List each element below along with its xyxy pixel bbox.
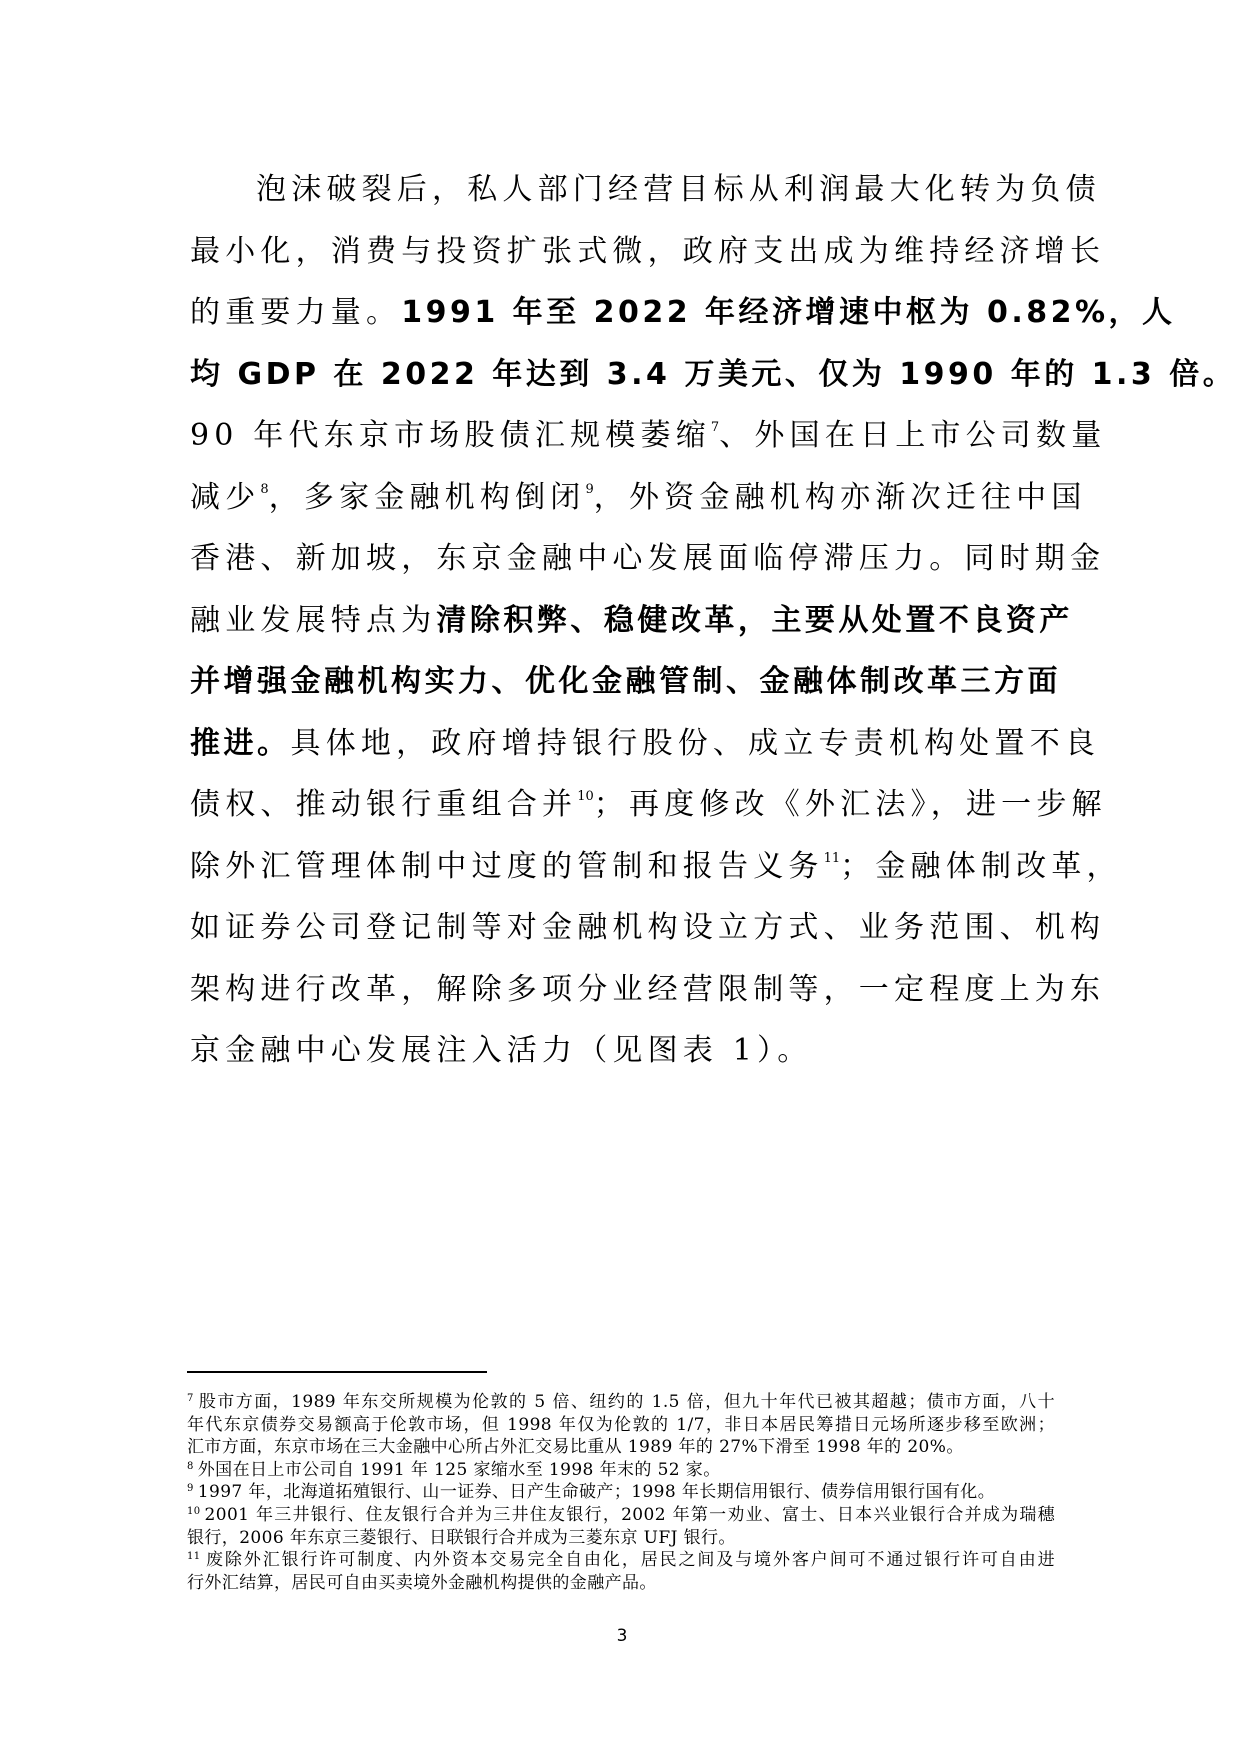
footnote-text: 外国在日上市公司自 1991 年 125 家缩水至 1998 年末的 52 家。 <box>198 1460 721 1480</box>
bold-text: 并增强金融机构实力、优化金融管制、金融体制改革三方面 <box>190 664 1061 699</box>
footnote-line: 102001 年三井银行、住友银行合并为三井住友银行，2002 年第一劝业、富士… <box>187 1504 1055 1527</box>
footnote-number: 10 <box>187 1506 201 1517</box>
text-run: ，多家金融机构倒闭 <box>269 480 586 515</box>
body-line: 的重要力量。1991 年至 2022 年经济增速中枢为 0.82%，人 <box>190 282 1052 344</box>
body-line: 泡沫破裂后，私人部门经营目标从利润最大化转为负债 <box>190 159 1052 221</box>
footnotes: 7股市方面，1989 年东交所规模为伦敦的 5 倍、纽约的 1.5 倍，但九十年… <box>187 1391 1055 1594</box>
footnote-line: 银行，2006 年东京三菱银行、日联银行合并成为三菱东京 UFJ 银行。 <box>187 1527 1055 1550</box>
body-line: 减少8，多家金融机构倒闭9，外资金融机构亦渐次迁往中国 <box>190 467 1052 529</box>
footnote-ref: 7 <box>711 420 719 435</box>
footnote-ref: 9 <box>586 482 594 497</box>
footnote-line: 11废除外汇银行许可制度、内外资本交易完全自由化，居民之间及与境外客户间可不通过… <box>187 1549 1055 1572</box>
footnote-number: 8 <box>187 1461 194 1472</box>
footnote-text: 行外汇结算，居民可自由买卖境外金融机构提供的金融产品。 <box>187 1573 657 1593</box>
footnote-line: 汇市方面，东京市场在三大金融中心所占外汇交易比重从 1989 年的 27%下滑至… <box>187 1436 1055 1459</box>
text-run: 香港、新加坡，东京金融中心发展面临停滞压力。同时期金 <box>190 541 1105 576</box>
footnote-separator <box>187 1371 487 1373</box>
body-line: 如证券公司登记制等对金融机构设立方式、业务范围、机构 <box>190 897 1052 959</box>
footnote-number: 9 <box>187 1483 194 1494</box>
body-line: 并增强金融机构实力、优化金融管制、金融体制改革三方面 <box>190 651 1052 713</box>
footnote-ref: 10 <box>577 789 594 804</box>
body-line: 除外汇管理体制中过度的管制和报告义务11；金融体制改革， <box>190 836 1052 898</box>
text-run: 如证券公司登记制等对金融机构设立方式、业务范围、机构 <box>190 910 1105 945</box>
text-run: ；再度修改《外汇法》，进一步解 <box>594 787 1107 822</box>
footnote-text: 2001 年三井银行、住友银行合并为三井住友银行，2002 年第一劝业、富士、日… <box>205 1505 1055 1525</box>
body-line: 债权、推动银行重组合并10；再度修改《外汇法》，进一步解 <box>190 774 1052 836</box>
bold-text: 1991 年至 2022 年经济增速中枢为 0.82%，人 <box>401 295 1175 330</box>
body-line: 京金融中心发展注入活力（见图表 1）。 <box>190 1020 1052 1082</box>
text-run: ，外资金融机构亦渐次迁往中国 <box>594 480 1087 515</box>
text-run: 融业发展特点为 <box>190 603 436 638</box>
footnote-text: 股市方面，1989 年东交所规模为伦敦的 5 倍、纽约的 1.5 倍，但九十年代… <box>198 1392 1055 1412</box>
footnote-text: 1997 年，北海道拓殖银行、山一证券、日产生命破产；1998 年长期信用银行、… <box>198 1482 995 1502</box>
text-run: 最小化，消费与投资扩张式微，政府支出成为维持经济增长 <box>190 234 1105 269</box>
text-run: 架构进行改革，解除多项分业经营限制等，一定程度上为东 <box>190 972 1105 1007</box>
page-number: 3 <box>612 1626 632 1646</box>
body-line: 香港、新加坡，东京金融中心发展面临停滞压力。同时期金 <box>190 528 1052 590</box>
footnote-ref: 11 <box>824 851 841 866</box>
text-run: 的重要力量。 <box>190 295 401 330</box>
bold-text: 清除积弊、稳健改革，主要从处置不良资产 <box>436 603 1073 638</box>
text-run: 减少 <box>190 480 260 515</box>
text-run: 泡沫破裂后，私人部门经营目标从利润最大化转为负债 <box>256 172 1101 207</box>
text-run: 除外汇管理体制中过度的管制和报告义务 <box>190 849 824 884</box>
body-line: 均 GDP 在 2022 年达到 3.4 万美元、仅为 1990 年的 1.3 … <box>190 344 1052 406</box>
footnote-text: 银行，2006 年东京三菱银行、日联银行合并成为三菱东京 UFJ 银行。 <box>187 1528 736 1548</box>
bold-text: 均 GDP 在 2022 年达到 3.4 万美元、仅为 1990 年的 1.3 … <box>190 357 1236 392</box>
text-run: 债权、推动银行重组合并 <box>190 787 577 822</box>
text-run: 具体地，政府增持银行股份、成立专责机构处置不良 <box>291 726 1101 761</box>
footnote-text: 废除外汇银行许可制度、内外资本交易完全自由化，居民之间及与境外客户间可不通过银行… <box>205 1550 1055 1570</box>
body-line: 架构进行改革，解除多项分业经营限制等，一定程度上为东 <box>190 959 1052 1021</box>
text-run: 、外国在日上市公司数量 <box>719 418 1106 453</box>
body-line: 最小化，消费与投资扩张式微，政府支出成为维持经济增长 <box>190 221 1052 283</box>
footnote-number: 11 <box>187 1551 201 1562</box>
text-run: ；金融体制改革， <box>840 849 1122 884</box>
text-run: 京金融中心发展注入活力（见图表 1）。 <box>190 1033 812 1068</box>
footnote-text: 汇市方面，东京市场在三大金融中心所占外汇交易比重从 1989 年的 27%下滑至… <box>187 1437 964 1457</box>
bold-text: 推进。 <box>190 726 291 761</box>
body-line: 推进。具体地，政府增持银行股份、成立专责机构处置不良 <box>190 713 1052 775</box>
footnote-line: 8外国在日上市公司自 1991 年 125 家缩水至 1998 年末的 52 家… <box>187 1459 1055 1482</box>
footnote-line: 7股市方面，1989 年东交所规模为伦敦的 5 倍、纽约的 1.5 倍，但九十年… <box>187 1391 1055 1414</box>
footnote-text: 年代东京债券交易额高于伦敦市场，但 1998 年仅为伦敦的 1/7，非日本居民筹… <box>187 1415 1055 1435</box>
text-run: 90 年代东京市场股债汇规模萎缩 <box>190 418 711 453</box>
footnote-number: 7 <box>187 1393 194 1404</box>
document-page: 泡沫破裂后，私人部门经营目标从利润最大化转为负债最小化，消费与投资扩张式微，政府… <box>0 0 1240 1754</box>
footnote-ref: 8 <box>260 482 268 497</box>
footnote-line: 年代东京债券交易额高于伦敦市场，但 1998 年仅为伦敦的 1/7，非日本居民筹… <box>187 1414 1055 1437</box>
footnote-line: 行外汇结算，居民可自由买卖境外金融机构提供的金融产品。 <box>187 1572 1055 1595</box>
footnote-line: 91997 年，北海道拓殖银行、山一证券、日产生命破产；1998 年长期信用银行… <box>187 1481 1055 1504</box>
body-paragraph: 泡沫破裂后，私人部门经营目标从利润最大化转为负债最小化，消费与投资扩张式微，政府… <box>190 159 1052 1082</box>
body-line: 融业发展特点为清除积弊、稳健改革，主要从处置不良资产 <box>190 590 1052 652</box>
body-line: 90 年代东京市场股债汇规模萎缩7、外国在日上市公司数量 <box>190 405 1052 467</box>
